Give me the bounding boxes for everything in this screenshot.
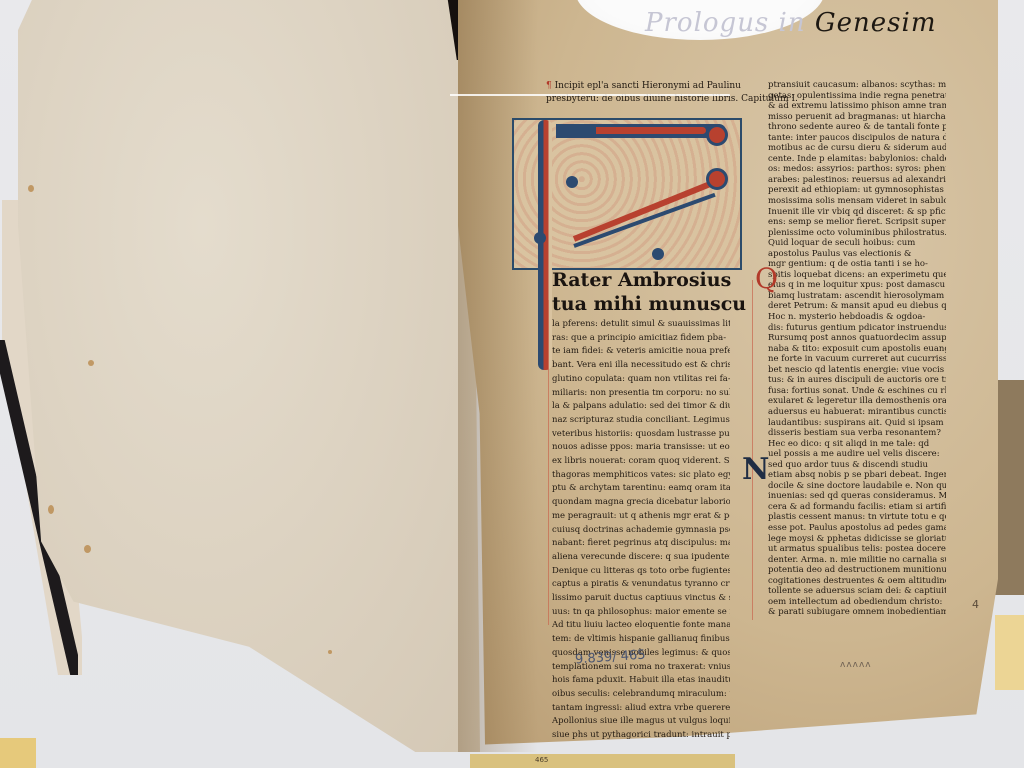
text-line: Inuenit ille vir vbiq qd disceret: & sp …: [768, 207, 946, 218]
text-line: mgr gentium: q de ostia tanti i se ho-: [768, 259, 946, 270]
text-line: laudantibus: suspirans ait. Quid si ipsa…: [768, 418, 946, 429]
text-line: naba & tito: exposuit cum apostolis euan…: [768, 344, 946, 355]
text-line: spitis loquebat dicens: an experimetu qu…: [768, 270, 946, 281]
text-line: siue phs ut pythagorici tradunt: intraui…: [552, 729, 730, 743]
text-line: potentia deo ad destructionem munitionum: [768, 565, 946, 576]
text-line: glutino copulata: quam non vtilitas rei …: [552, 373, 730, 387]
text-line: tollente se aduersus sciam dei: & captiu…: [768, 586, 946, 597]
running-head-faded: Prologus in: [645, 8, 815, 38]
text-line: cuiusq doctrinas achademie gymnasia pso-: [552, 524, 730, 538]
foxing-spot: [48, 505, 54, 514]
yellow-tab-bottom-left: [0, 738, 36, 768]
text-line: inuenias: sed qd queras consideramus. Mo…: [768, 491, 946, 502]
text-line: ens: semp se melior fieret. Scripsit sup…: [768, 217, 946, 228]
text-line: Apollonius siue ille magus ut vulgus loq…: [552, 715, 730, 729]
text-line: captus a piratis & venundatus tyranno cr…: [552, 578, 730, 592]
incipit-rubric: ¶ Incipit epl'a sancti Hieronymi ad Paul…: [546, 80, 741, 106]
opening-line-2: tua mihi munuscu: [552, 292, 746, 316]
text-line: docile & sine doctore laudabile e. Non q…: [768, 481, 946, 492]
gutter-shadow: [458, 0, 538, 752]
marginal-scribble: ʌʌʌʌʌ: [840, 660, 872, 670]
text-line: tem: de vltimis hispanie gallianuq finib…: [552, 633, 730, 647]
text-line: & ad extremu latissimo phison amne trans…: [768, 101, 946, 112]
text-line: nabant: fieret pegrinus atq discipulus: …: [552, 537, 730, 551]
text-line: fusa: fortius sonat. Unde & eschines cu …: [768, 386, 946, 397]
foxing-spot: [328, 650, 332, 654]
text-line: Rursumq post annos quatuordecim assupto …: [768, 333, 946, 344]
initial-ornament-dot: [652, 248, 664, 260]
red-ruling-line: [752, 280, 753, 620]
text-line: deret Petrum: & mansit apud eu diebus qn…: [768, 301, 946, 312]
initial-ornament-dot: [534, 232, 546, 244]
text-line: motibus ac de cursu dieru & siderum audi…: [768, 143, 946, 154]
text-line: la & palpans adulatio: sed dei timor & d…: [552, 400, 730, 414]
text-line: oem intellectum ad obediendum christo:: [768, 597, 946, 608]
text-line: esse pot. Paulus apostolus ad pedes gama…: [768, 523, 946, 534]
yellow-tab-bottom: [470, 754, 735, 768]
opening-lines: Rater Ambrosius tua mihi munuscu: [552, 268, 746, 316]
text-line: denter. Arma. n. mie militie no carnalia…: [768, 555, 946, 566]
text-line: biamq lustratam: ascendit hierosolymam u…: [768, 291, 946, 302]
text-line: perexit ad ethiopiam: ut gymnosophistas …: [768, 185, 946, 196]
text-line: apostolus Paulus vas electionis &: [768, 249, 946, 260]
text-line: plenissime octo voluminibus philostratus…: [768, 228, 946, 239]
text-line: Denique cu litteras qs toto orbe fugient…: [552, 565, 730, 579]
incipit-line-1: Incipit epl'a sancti Hieronymi ad Paulin…: [555, 81, 741, 91]
initial-ornament-dot: [566, 176, 578, 188]
initial-stem: [538, 120, 552, 370]
text-line: tus: & in aures discipuli de auctoris or…: [768, 375, 946, 386]
text-line: Hoc n. mysterio hebdoadis & ogdoa-: [768, 312, 946, 323]
text-line: exularet & legeretur illa demosthenis or…: [768, 396, 946, 407]
foxing-spot: [88, 360, 94, 366]
foxing-spot: [28, 185, 34, 192]
running-head: Prologus in Genesim: [645, 8, 936, 38]
text-line: os: medos: assyrios: parthos: syros: phe…: [768, 164, 946, 175]
red-initial-q: Q: [755, 262, 778, 295]
text-line: bant. Vera eni illa necessitudo est & ch…: [552, 359, 730, 373]
glare-reflection: [450, 94, 730, 96]
text-line: nouos adisse ppos: maria transisse: ut e…: [552, 441, 730, 455]
text-line: ne forte in vacuum curreret aut cucurris…: [768, 354, 946, 365]
text-line: Ad titu liuiu lacteo eloquentie fonte ma…: [552, 619, 730, 633]
text-line: la pferens: detulit simul & suauissimas …: [552, 318, 730, 332]
text-line: lissimo paruit ductus captiuus vinctus &…: [552, 592, 730, 606]
text-line: sed quo ardor tuus & discendi studiu: [768, 460, 946, 471]
text-line: hois fama pduxit. Habuit illa etas inaud…: [552, 674, 730, 688]
initial-ornament-ring: [706, 124, 728, 146]
text-line: cogitationes destruentes & oem altitudin…: [768, 576, 946, 587]
text-line: ex libris nouerat: coram quoq viderent. …: [552, 455, 730, 469]
text-line: ras: que a principio amicitiaz fidem pba…: [552, 332, 730, 346]
text-line: misso peruenit ad bragmanas: ut hiarcham…: [768, 112, 946, 123]
text-line: eius q in me loquitur xpus: post damascu…: [768, 280, 946, 291]
yellow-tab-right: [995, 615, 1024, 690]
blue-initial-n: N: [742, 452, 769, 487]
opening-line-1: Rater Ambrosius: [552, 268, 746, 292]
text-line: ut armatus spualibus telis: postea docer…: [768, 544, 946, 555]
text-line: uel possis a me audire uel velis discere…: [768, 449, 946, 460]
text-line: getas: opulentissima indie regna penetra…: [768, 91, 946, 102]
text-line: disseris bestiam sua verba resonantem?: [768, 428, 946, 439]
text-line: etiam absq nobis p se pbari debeat. Inge…: [768, 470, 946, 481]
paragraph-mark: ¶: [546, 81, 552, 91]
text-line: thagoras memphiticos vates: sic plato eg…: [552, 469, 730, 483]
text-line: & parati subiugare omnem inobedientiam.: [768, 607, 946, 618]
text-line: oibus seculis: celebrandumq miraculum: u…: [552, 688, 730, 702]
foxing-spot: [84, 545, 91, 553]
text-line: aduersus eu habuerat: mirantibus cunctis…: [768, 407, 946, 418]
text-line: tantam ingressi: aliud extra vrbe querer…: [552, 702, 730, 716]
text-line: cera & ad formandu facilis: etiam si art…: [768, 502, 946, 513]
text-line: dis: futurus gentium pdicator instruendu…: [768, 323, 946, 334]
text-line: bet nescio qd latentis energie: viue voc…: [768, 365, 946, 376]
text-line: throno sedente aureo & de tantali fonte …: [768, 122, 946, 133]
text-line: plastis cessent manus: tn virtute totu e…: [768, 512, 946, 523]
text-line: cente. Inde p elamitas: babylonios: chal…: [768, 154, 946, 165]
tab-label: 465: [535, 756, 548, 764]
text-line: tante: inter paucos discipulos de natura…: [768, 133, 946, 144]
running-head-visible: Genesim: [815, 8, 937, 38]
initial-top-bar: [556, 124, 726, 138]
text-column-left: la pferens: detulit simul & suauissimas …: [552, 318, 730, 743]
text-line: te iam fidei: & veteris amicitie noua pr…: [552, 345, 730, 359]
red-ruling-line: [548, 300, 549, 625]
text-line: Hec eo dico: q sit aliqd in me tale: qd: [768, 439, 946, 450]
text-line: mosissima solis mensam videret in sabulo…: [768, 196, 946, 207]
text-line: arabes: palestinos: reuersus ad alexandr…: [768, 175, 946, 186]
text-column-right: ptransiuit caucasum: albanos: scythas: m…: [768, 80, 946, 618]
text-line: veteribus historiis: quosdam lustrasse p…: [552, 428, 730, 442]
text-line: me peragrauit: ut q athenis mgr erat & p…: [552, 510, 730, 524]
text-line: quondam magna grecia dicebatur laboriosi…: [552, 496, 730, 510]
text-line: lege moysi & pphetas didicisse se gloria…: [768, 534, 946, 545]
text-line: Quid loquar de seculi hoibus: cum: [768, 238, 946, 249]
initial-ornament-ring: [706, 168, 728, 190]
corner-mark: 4: [972, 598, 979, 611]
text-line: miliaris: non presentia tm corporu: no s…: [552, 387, 730, 401]
text-line: ptu & archytam tarentinu: eamq oram ital…: [552, 482, 730, 496]
text-line: naz scripturaz studia conciliant. Legimu…: [552, 414, 730, 428]
text-line: aliena verecunde discere: q sua ipudente…: [552, 551, 730, 565]
text-line: uus: tn qa philosophus: maior emente se …: [552, 606, 730, 620]
text-line: ptransiuit caucasum: albanos: scythas: m…: [768, 80, 946, 91]
